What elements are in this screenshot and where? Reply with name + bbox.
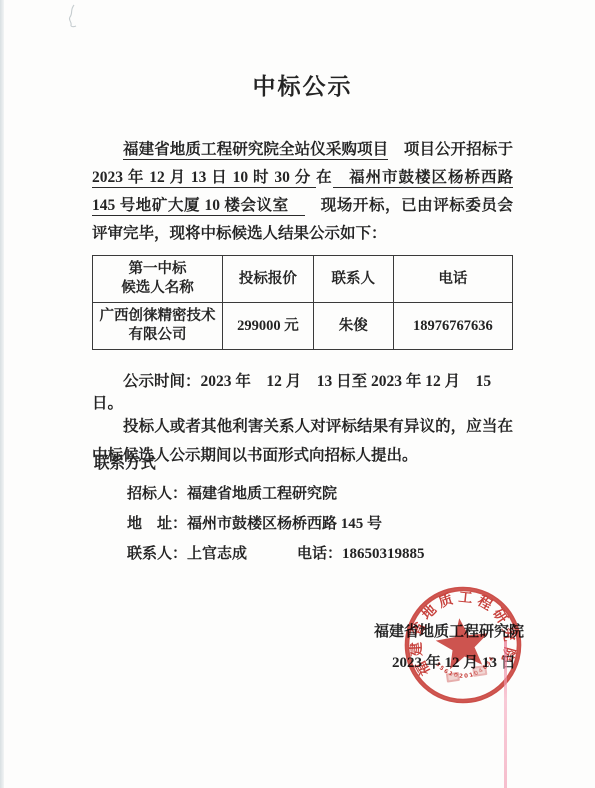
- table-row: 广西创徕精密技术有限公司 299000 元 朱俊 18976767636: [93, 303, 513, 350]
- header-candidate-name: 第一中标 候选人名称: [93, 256, 223, 303]
- cell-bid-price: 299000 元: [223, 303, 314, 350]
- official-seal: 福建省地质工程研究院 3561020104634: [381, 563, 546, 728]
- contact-address-line: 地 址：福州市鼓楼区杨桥西路 145 号: [127, 512, 513, 533]
- svg-text:3561020104634: 3561020104634: [434, 653, 499, 683]
- intro-text-1: 项目公开招标于: [388, 141, 513, 158]
- header-bid-price: 投标报价: [223, 256, 314, 303]
- scan-artifact-squiggle: [58, 2, 98, 38]
- contact-tenderer-line: 招标人：福建省地质工程研究院: [127, 482, 513, 503]
- scan-artifact-line: [504, 641, 507, 788]
- bid-candidate-table: 第一中标 候选人名称 投标报价 联系人 电话 广西创徕精密技术有限公司 2990…: [92, 255, 513, 350]
- contact-person-name: 联系人：上官志成: [127, 546, 247, 562]
- contact-section-heading: 联系方式: [94, 451, 156, 473]
- document-title: 中标公示: [92, 68, 513, 101]
- publicity-period-line: 公示时间：2023 年 12 月 13 日至 2023 年 12 月 15 日。: [92, 369, 513, 413]
- header-phone: 电话: [393, 256, 512, 303]
- cell-contact-person: 朱俊: [313, 303, 393, 350]
- scanned-document-page: 中标公示 福建省地质工程研究院全站仪采购项目 项目公开招标于 2023 年 12…: [0, 0, 595, 788]
- table-header-row: 第一中标 候选人名称 投标报价 联系人 电话: [93, 256, 513, 303]
- cell-candidate-name: 广西创徕精密技术有限公司: [93, 303, 223, 350]
- project-name-underlined: 福建省地质工程研究院全站仪采购项目: [123, 141, 388, 160]
- seal-serial-number: 3561020104634: [434, 653, 499, 683]
- intro-paragraph: 福建省地质工程研究院全站仪采购项目 项目公开招标于 2023 年 12 月 13…: [92, 136, 513, 248]
- contact-phone-number: 电话：18650319885: [297, 542, 425, 563]
- intro-text-2: 在: [316, 169, 333, 186]
- bid-opening-datetime-underlined: 2023 年 12 月 13 日 10 时 30 分: [92, 169, 316, 188]
- scan-edge-shadow: [0, 0, 4, 788]
- star-icon: [433, 615, 492, 671]
- contact-person-line: 联系人：上官志成 电话：18650319885: [127, 542, 513, 563]
- header-contact-person: 联系人: [313, 256, 393, 303]
- cell-phone: 18976767636: [393, 303, 512, 350]
